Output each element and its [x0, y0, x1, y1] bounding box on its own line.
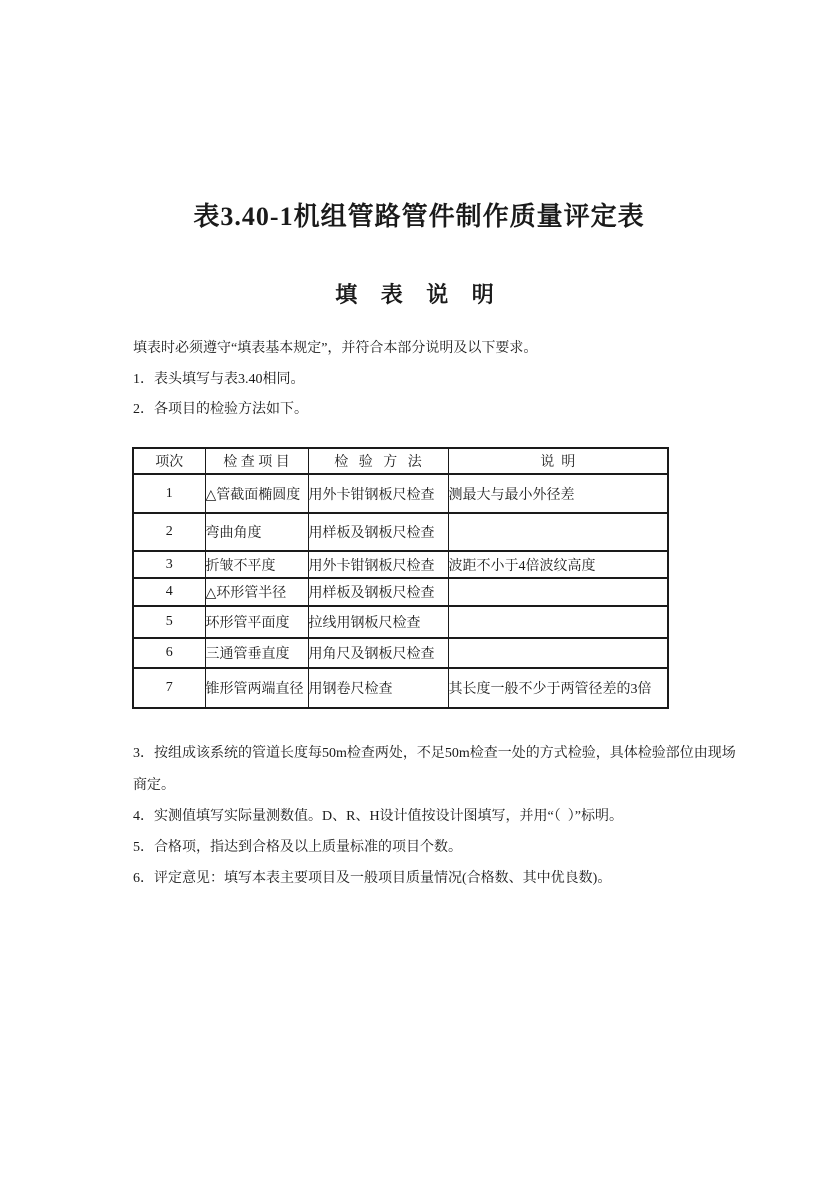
- note-item-4: 4．实测值填写实际量测数值。D、R、H设计值按设计图填写，并用“（ ）”标明。: [133, 808, 623, 825]
- table-row: 4 △环形管半径 用样板及钢板尺检查: [133, 578, 668, 606]
- cell-item: △环形管半径: [205, 578, 308, 606]
- cell-item: 弯曲角度: [205, 513, 308, 551]
- cell-method: 用样板及钢板尺检查: [308, 513, 448, 551]
- header-item-no: 项次: [133, 448, 205, 474]
- cell-method: 用角尺及钢板尺检查: [308, 638, 448, 668]
- cell-note: 波距不小于4倍波纹高度: [448, 551, 668, 578]
- note-item-6: 6．评定意见：填写本表主要项目及一般项目质量情况(合格数、其中优良数)。: [133, 870, 611, 887]
- cell-note: 测最大与最小外径差: [448, 474, 668, 513]
- inspection-method-table: 项次 检 查 项 目 检 验 方 法 说 明 1 △管截面椭圆度 用外卡钳钢板尺…: [132, 447, 669, 709]
- note-item-5: 5．合格项，指达到合格及以上质量标准的项目个数。: [133, 839, 462, 856]
- cell-method: 拉线用钢板尺检查: [308, 606, 448, 638]
- cell-method: 用钢卷尺检查: [308, 668, 448, 708]
- section-heading: 填 表 说 明: [0, 282, 838, 308]
- cell-note: [448, 513, 668, 551]
- cell-no: 1: [133, 474, 205, 513]
- note-item-2: 2．各项目的检验方法如下。: [133, 401, 308, 418]
- cell-note: [448, 606, 668, 638]
- cell-no: 7: [133, 668, 205, 708]
- cell-no: 2: [133, 513, 205, 551]
- note-item-3-line-1: 3．按组成该系统的管道长度每50m检查两处，不足50m检查一处的方式检验，具体检…: [133, 745, 736, 762]
- table-header-row: 项次 检 查 项 目 检 验 方 法 说 明: [133, 448, 668, 474]
- cell-method: 用外卡钳钢板尺检查: [308, 474, 448, 513]
- header-check-item: 检 查 项 目: [205, 448, 308, 474]
- cell-item: 三通管垂直度: [205, 638, 308, 668]
- table-row: 6 三通管垂直度 用角尺及钢板尺检查: [133, 638, 668, 668]
- cell-no: 4: [133, 578, 205, 606]
- document-page: 表3.40-1机组管路管件制作质量评定表 填 表 说 明 填表时必须遵守“填表基…: [0, 0, 838, 1186]
- cell-note: [448, 578, 668, 606]
- table-row: 2 弯曲角度 用样板及钢板尺检查: [133, 513, 668, 551]
- cell-item: 环形管平面度: [205, 606, 308, 638]
- header-check-method: 检 验 方 法: [308, 448, 448, 474]
- table-row: 1 △管截面椭圆度 用外卡钳钢板尺检查 测最大与最小外径差: [133, 474, 668, 513]
- cell-no: 3: [133, 551, 205, 578]
- table-row: 7 锥形管两端直径 用钢卷尺检查 其长度一般不少于两管径差的3倍: [133, 668, 668, 708]
- cell-item: △管截面椭圆度: [205, 474, 308, 513]
- cell-note: [448, 638, 668, 668]
- cell-method: 用外卡钳钢板尺检查: [308, 551, 448, 578]
- cell-method: 用样板及钢板尺检查: [308, 578, 448, 606]
- header-remark: 说 明: [448, 448, 668, 474]
- note-item-1: 1．表头填写与表3.40相同。: [133, 371, 305, 388]
- cell-item: 折皱不平度: [205, 551, 308, 578]
- table-row: 3 折皱不平度 用外卡钳钢板尺检查 波距不小于4倍波纹高度: [133, 551, 668, 578]
- document-title: 表3.40-1机组管路管件制作质量评定表: [0, 202, 838, 232]
- cell-item: 锥形管两端直径: [205, 668, 308, 708]
- intro-paragraph: 填表时必须遵守“填表基本规定”，并符合本部分说明及以下要求。: [133, 340, 537, 357]
- cell-no: 6: [133, 638, 205, 668]
- cell-no: 5: [133, 606, 205, 638]
- note-item-3-line-2: 商定。: [133, 777, 175, 794]
- table-row: 5 环形管平面度 拉线用钢板尺检查: [133, 606, 668, 638]
- cell-note: 其长度一般不少于两管径差的3倍: [448, 668, 668, 708]
